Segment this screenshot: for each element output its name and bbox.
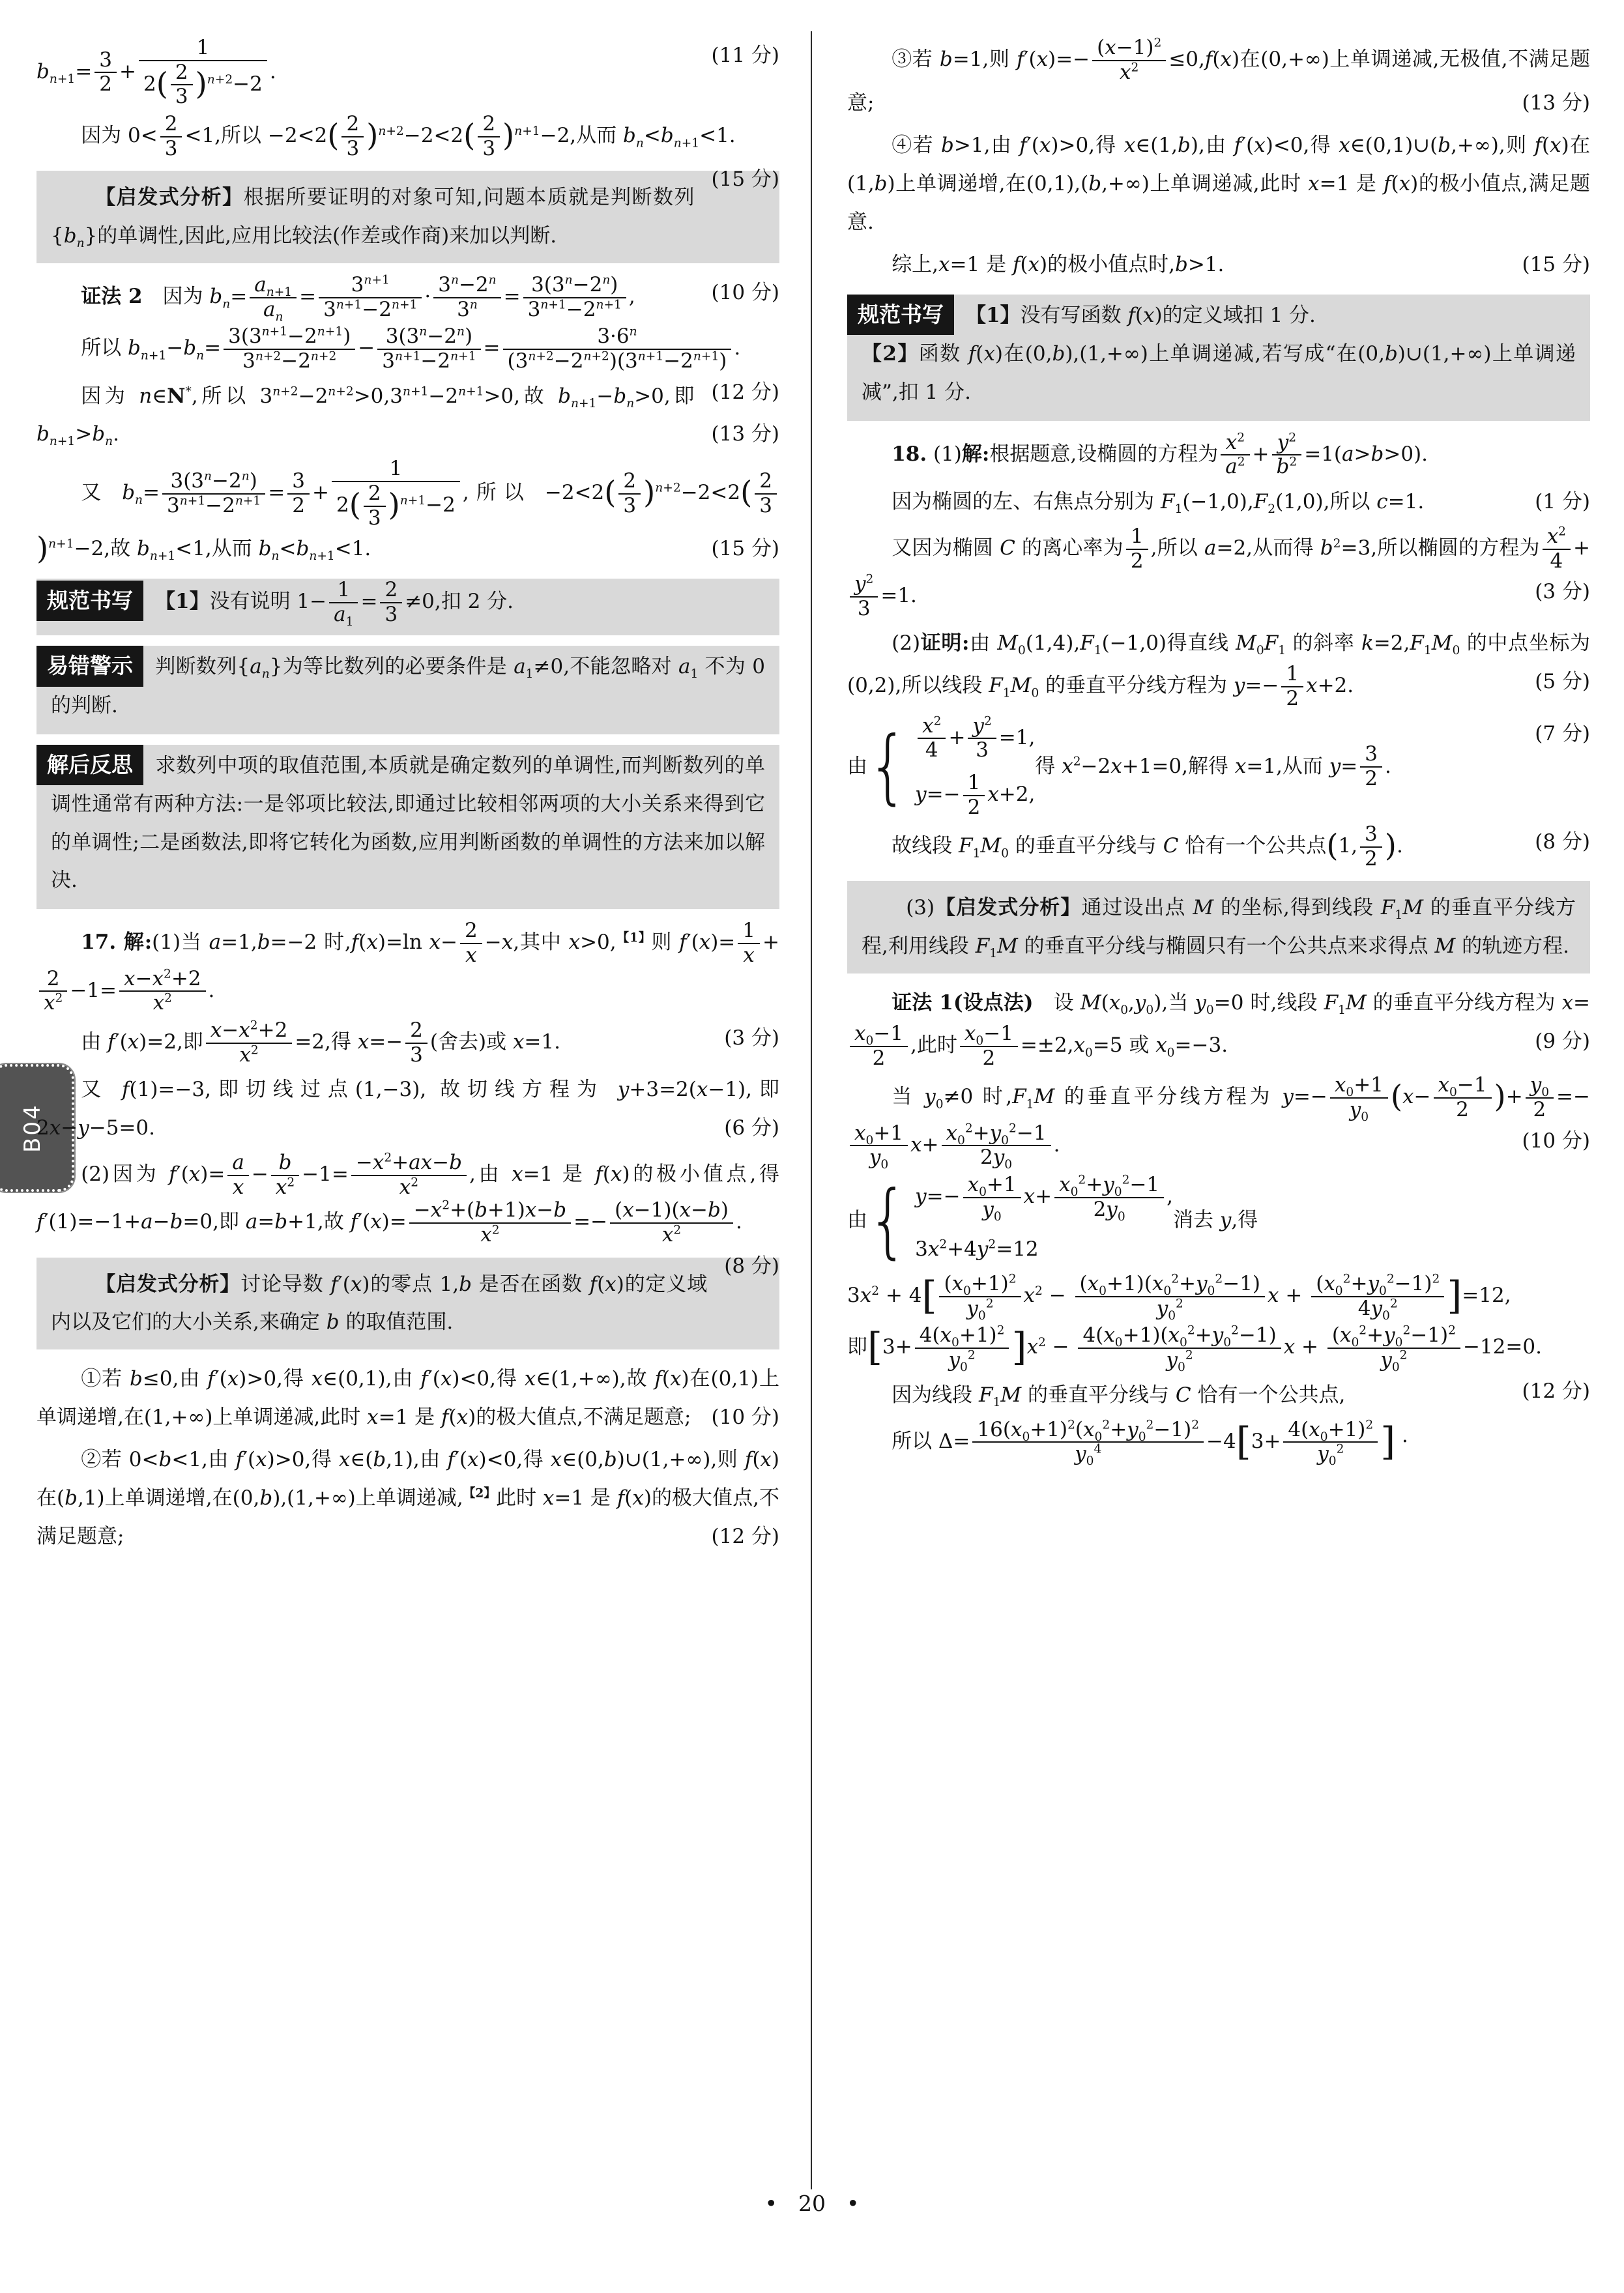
- fraction: 12: [963, 772, 985, 819]
- fraction: 23: [405, 1019, 428, 1067]
- fraction: y23: [968, 715, 996, 762]
- fraction: (x02+y02−1)24y02: [1311, 1273, 1444, 1320]
- solution-paragraph: 因为线段 F1M 的垂直平分线与 C 恰有一个公共点,: [847, 1376, 1590, 1415]
- fraction: 12(23)n+1−2: [332, 457, 460, 530]
- fraction: 23: [618, 470, 641, 517]
- fraction: 32: [1360, 743, 1382, 790]
- solution-paragraph: 综上,x=1 是 f(x)的极小值点时,b>1.(15 分): [847, 246, 1590, 284]
- fraction: 3·6n(3n+2−2n+2)(3n+1−2n+1): [503, 325, 732, 373]
- solution-paragraph: 3x2 + 4[(x0+1)2y02x2 − (x0+1)(x02+y02−1)…: [847, 1273, 1590, 1320]
- fraction: 23: [160, 113, 182, 160]
- solution-paragraph: 所以 bn+1−bn=3(3n+1−2n+1)3n+2−2n+2−3(3n−2n…: [36, 325, 779, 373]
- score-label: (15 分): [712, 530, 780, 568]
- box-label: 易错警示: [36, 646, 143, 686]
- fraction: 23: [341, 113, 364, 160]
- score-label: (13 分): [1522, 84, 1591, 123]
- fraction: y2b2: [1272, 431, 1302, 479]
- fraction: x0−12: [960, 1022, 1018, 1070]
- box-label: 解后反思: [36, 745, 143, 785]
- system-of-equations: 由{y=−x0+1y0x+x02+y02−12y0,3x2+4y2=12消去 y…: [847, 1174, 1590, 1269]
- heuristic-analysis-box: 【启发式分析】根据所要证明的对象可知,问题本质就是判断数列{bn}的单调性,因此…: [36, 171, 779, 263]
- fraction: 12: [1281, 663, 1303, 710]
- proof-method-1: 证法 1(设点法) 设 M(x0,y0),当 y0=0 时,线段 F1M 的垂直…: [847, 984, 1590, 1070]
- fraction: 23: [364, 482, 386, 530]
- system-of-equations: 由{x24+y23=1,y=−12x+2,得 x2−2x+1=0,解得 x=1,…: [847, 715, 1590, 820]
- fraction: 3(3n−2n)3n+1−2n+1: [377, 325, 480, 373]
- page-footer: •20•: [0, 2191, 1624, 2216]
- fraction: ax: [227, 1151, 248, 1199]
- footer-dot-left: •: [765, 2191, 777, 2216]
- solution-paragraph: 由 f′(x)=2,即x−x2+2x2=2,得 x=−23(舍去)或 x=1.(…: [36, 1019, 779, 1067]
- error-warning-box: 易错警示判断数列{an}为等比数列的必要条件是 a1≠0,不能忽略对 a1 不为…: [36, 646, 779, 734]
- fraction: (x0+1)(x02+y02−1)y02: [1075, 1273, 1265, 1320]
- solution-paragraph: 因为 n∈N*,所以 3n+2−2n+2>0,3n+1−2n+1>0,故 bn+…: [36, 377, 779, 454]
- fraction: x0+1y0: [963, 1174, 1021, 1221]
- reflection-box: 解后反思求数列中项的取值范围,本质就是确定数列的单调性,而判断数列的单调性通常有…: [36, 745, 779, 910]
- standard-writing-box: 规范书写【1】没有说明 1−1a1=23≠0,扣 2 分.: [36, 579, 779, 635]
- fraction: 4(x0+1)(x02+y02−1)y02: [1078, 1324, 1281, 1372]
- score-label: (15 分): [1522, 246, 1591, 284]
- fraction: y23: [850, 573, 878, 620]
- fraction: 2x2: [39, 968, 67, 1015]
- solution-paragraph: 又因为椭圆 C 的离心率为12,所以 a=2,从而得 b2=3,所以椭圆的方程为…: [847, 525, 1590, 621]
- score-label: (15 分): [712, 160, 780, 199]
- score-label: (10 分): [1522, 1122, 1591, 1161]
- fraction: (x−1)2x2: [1092, 36, 1166, 84]
- fraction: 2x: [460, 919, 482, 967]
- solution-paragraph: 因为椭圆的左、右焦点分别为 F1(−1,0),F2(1,0),所以 c=1.(1…: [847, 483, 1590, 521]
- fraction: −x2+ax−bx2: [351, 1151, 467, 1199]
- column-divider: [811, 31, 812, 2189]
- score-label: (12 分): [712, 1518, 780, 1556]
- page-number: 20: [798, 2191, 826, 2216]
- solution-paragraph: 又 bn=3(3n−2n)3n+1−2n+1=32+12(23)n+1−2,所以…: [36, 457, 779, 568]
- fraction: 32: [1360, 823, 1382, 871]
- score-label: (10 分): [712, 1398, 780, 1437]
- score-label: (5 分): [1535, 663, 1590, 701]
- score-label: (3 分): [724, 1019, 779, 1058]
- fraction: y02: [1526, 1074, 1554, 1121]
- score-label: (12 分): [712, 373, 780, 412]
- fraction: 3(3n+1−2n+1)3n+2−2n+2: [224, 325, 355, 373]
- box-label: 规范书写: [847, 295, 954, 335]
- heuristic-analysis-box: 【启发式分析】讨论导数 f′(x)的零点 1,b 是否在函数 f(x)的定义域内…: [36, 1258, 779, 1350]
- fraction: bx2: [271, 1151, 299, 1199]
- fraction: x0+1y0: [850, 1122, 908, 1170]
- right-column: ③若 b=1,则 f′(x)=−(x−1)2x2≤0,f(x)在(0,+∞)上单…: [847, 36, 1590, 1470]
- left-column: bn+1=32+12(23)n+2−2.(11 分)因为 0<23<1,所以 −…: [36, 36, 779, 1560]
- fraction: (x02+y02−1)2y02: [1327, 1324, 1460, 1372]
- score-label: (8 分): [724, 1247, 779, 1286]
- fraction: −x2+(b+1)x−bx2: [409, 1199, 571, 1247]
- score-label: (8 分): [1535, 823, 1590, 861]
- fraction: 23: [755, 470, 777, 517]
- fraction: (x−1)(x−b)x2: [610, 1199, 733, 1247]
- fraction: 23: [478, 113, 500, 160]
- fraction: x0−12: [850, 1022, 908, 1070]
- problem-17-solution: 17. 解:(1)当 a=1,b=−2 时,f(x)=ln x−2x−x,其中 …: [36, 919, 779, 1015]
- score-label: (6 分): [724, 1109, 779, 1147]
- fraction: 4(x0+1)2y02: [1283, 1419, 1378, 1466]
- fraction: 32: [287, 470, 310, 517]
- fraction: x24: [1543, 525, 1571, 573]
- page: B04 bn+1=32+12(23)n+2−2.(11 分)因为 0<23<1,…: [0, 0, 1624, 2293]
- solution-paragraph: ④若 b>1,由 f′(x)>0,得 x∈(1,b),由 f′(x)<0,得 x…: [847, 126, 1590, 242]
- fraction: x02+y02−12y0: [942, 1122, 1051, 1170]
- fraction: 12: [1126, 525, 1148, 573]
- fraction: x−x2+2x2: [206, 1019, 293, 1067]
- fraction: 1a1: [329, 579, 358, 626]
- fraction: 23: [171, 61, 193, 109]
- solution-paragraph: 所以 Δ=16(x0+1)2(x02+y02−1)2y04−4[3+4(x0+1…: [847, 1419, 1590, 1466]
- score-label: (3 分): [1535, 573, 1590, 611]
- score-label: (11 分): [712, 36, 780, 75]
- fraction: x2a2: [1221, 431, 1249, 479]
- solution-paragraph: 故线段 F1M0 的垂直平分线与 C 恰有一个公共点(1,32).(8 分): [847, 823, 1590, 871]
- heuristic-analysis-box: (3)【启发式分析】通过设出点 M 的坐标,得到线段 F1M 的垂直平分线方程,…: [847, 881, 1590, 973]
- solution-paragraph: ③若 b=1,则 f′(x)=−(x−1)2x2≤0,f(x)在(0,+∞)上单…: [847, 36, 1590, 123]
- fraction: 23: [380, 579, 402, 626]
- fraction: x02+y02−12y0: [1054, 1174, 1164, 1221]
- score-label: (10 分): [712, 274, 780, 312]
- solution-paragraph: 即[3+4(x0+1)2y02]x2 − 4(x0+1)(x02+y02−1)y…: [847, 1324, 1590, 1372]
- fraction: 16(x0+1)2(x02+y02−1)2y04: [972, 1419, 1204, 1466]
- fraction: 3n+13n+1−2n+1: [319, 274, 422, 321]
- solution-paragraph: 又 f(1)=−3,即切线过点(1,−3), 故切线方程为 y+3=2(x−1)…: [36, 1071, 779, 1147]
- solution-paragraph: 因为 0<23<1,所以 −2<2(23)n+2−2<2(23)n+1−2,从而…: [36, 113, 779, 160]
- solution-paragraph: ②若 0<b<1,由 f′(x)>0,得 x∈(b,1),由 f′(x)<0,得…: [36, 1441, 779, 1556]
- fraction: x0+1y0: [1330, 1074, 1388, 1121]
- standard-writing-box: 规范书写【1】没有写函数 f(x)的定义域扣 1 分.【2】函数 f(x)在(0…: [847, 295, 1590, 421]
- box-label: 规范书写: [36, 581, 143, 621]
- equation-bn1: bn+1=32+12(23)n+2−2.(11 分): [36, 36, 779, 109]
- solution-paragraph: (2)因为 f′(x)=ax−bx2−1=−x2+ax−bx2,由 x=1 是 …: [36, 1151, 779, 1247]
- proof-method-2: 证法 2 因为 bn=an+1an=3n+13n+1−2n+1·3n−2n3n=…: [36, 274, 779, 321]
- fraction: 4(x0+1)2y02: [915, 1324, 1009, 1372]
- problem-18-solution: 18. (1)解:根据题意,设椭圆的方程为x2a2+y2b2=1(a>b>0).: [847, 431, 1590, 479]
- fraction: 3(3n−2n)3n+1−2n+1: [162, 470, 265, 517]
- fraction: x−x2+2x2: [119, 968, 206, 1015]
- score-label: (1 分): [1535, 483, 1590, 521]
- fraction: 3(3n−2n)3n+1−2n+1: [523, 274, 626, 321]
- solution-paragraph: (2)证明:由 M0(1,4),F1(−1,0)得直线 M0F1 的斜率 k=2…: [847, 624, 1590, 710]
- fraction: 1x: [738, 919, 760, 967]
- fraction: 32: [94, 49, 117, 96]
- fraction: 3n−2n3n: [433, 274, 500, 321]
- solution-paragraph: 当 y0≠0 时,F1M 的垂直平分线方程为 y=−x0+1y0(x−x0−12…: [847, 1074, 1590, 1170]
- score-label: (7 分): [1535, 715, 1590, 753]
- footer-dot-right: •: [847, 2191, 859, 2216]
- fraction: x24: [918, 715, 946, 762]
- score-label: (9 分): [1535, 1022, 1590, 1061]
- fraction: an+1an: [250, 274, 297, 321]
- fraction: 12(23)n+2−2: [139, 36, 267, 109]
- score-label: (12 分): [1522, 1372, 1591, 1411]
- solution-paragraph: ①若 b≤0,由 f′(x)>0,得 x∈(0,1),由 f′(x)<0,得 x…: [36, 1360, 779, 1437]
- fraction: (x0+1)2y02: [939, 1273, 1021, 1320]
- score-label: (13 分): [712, 415, 780, 454]
- fraction: x0−12: [1434, 1074, 1492, 1121]
